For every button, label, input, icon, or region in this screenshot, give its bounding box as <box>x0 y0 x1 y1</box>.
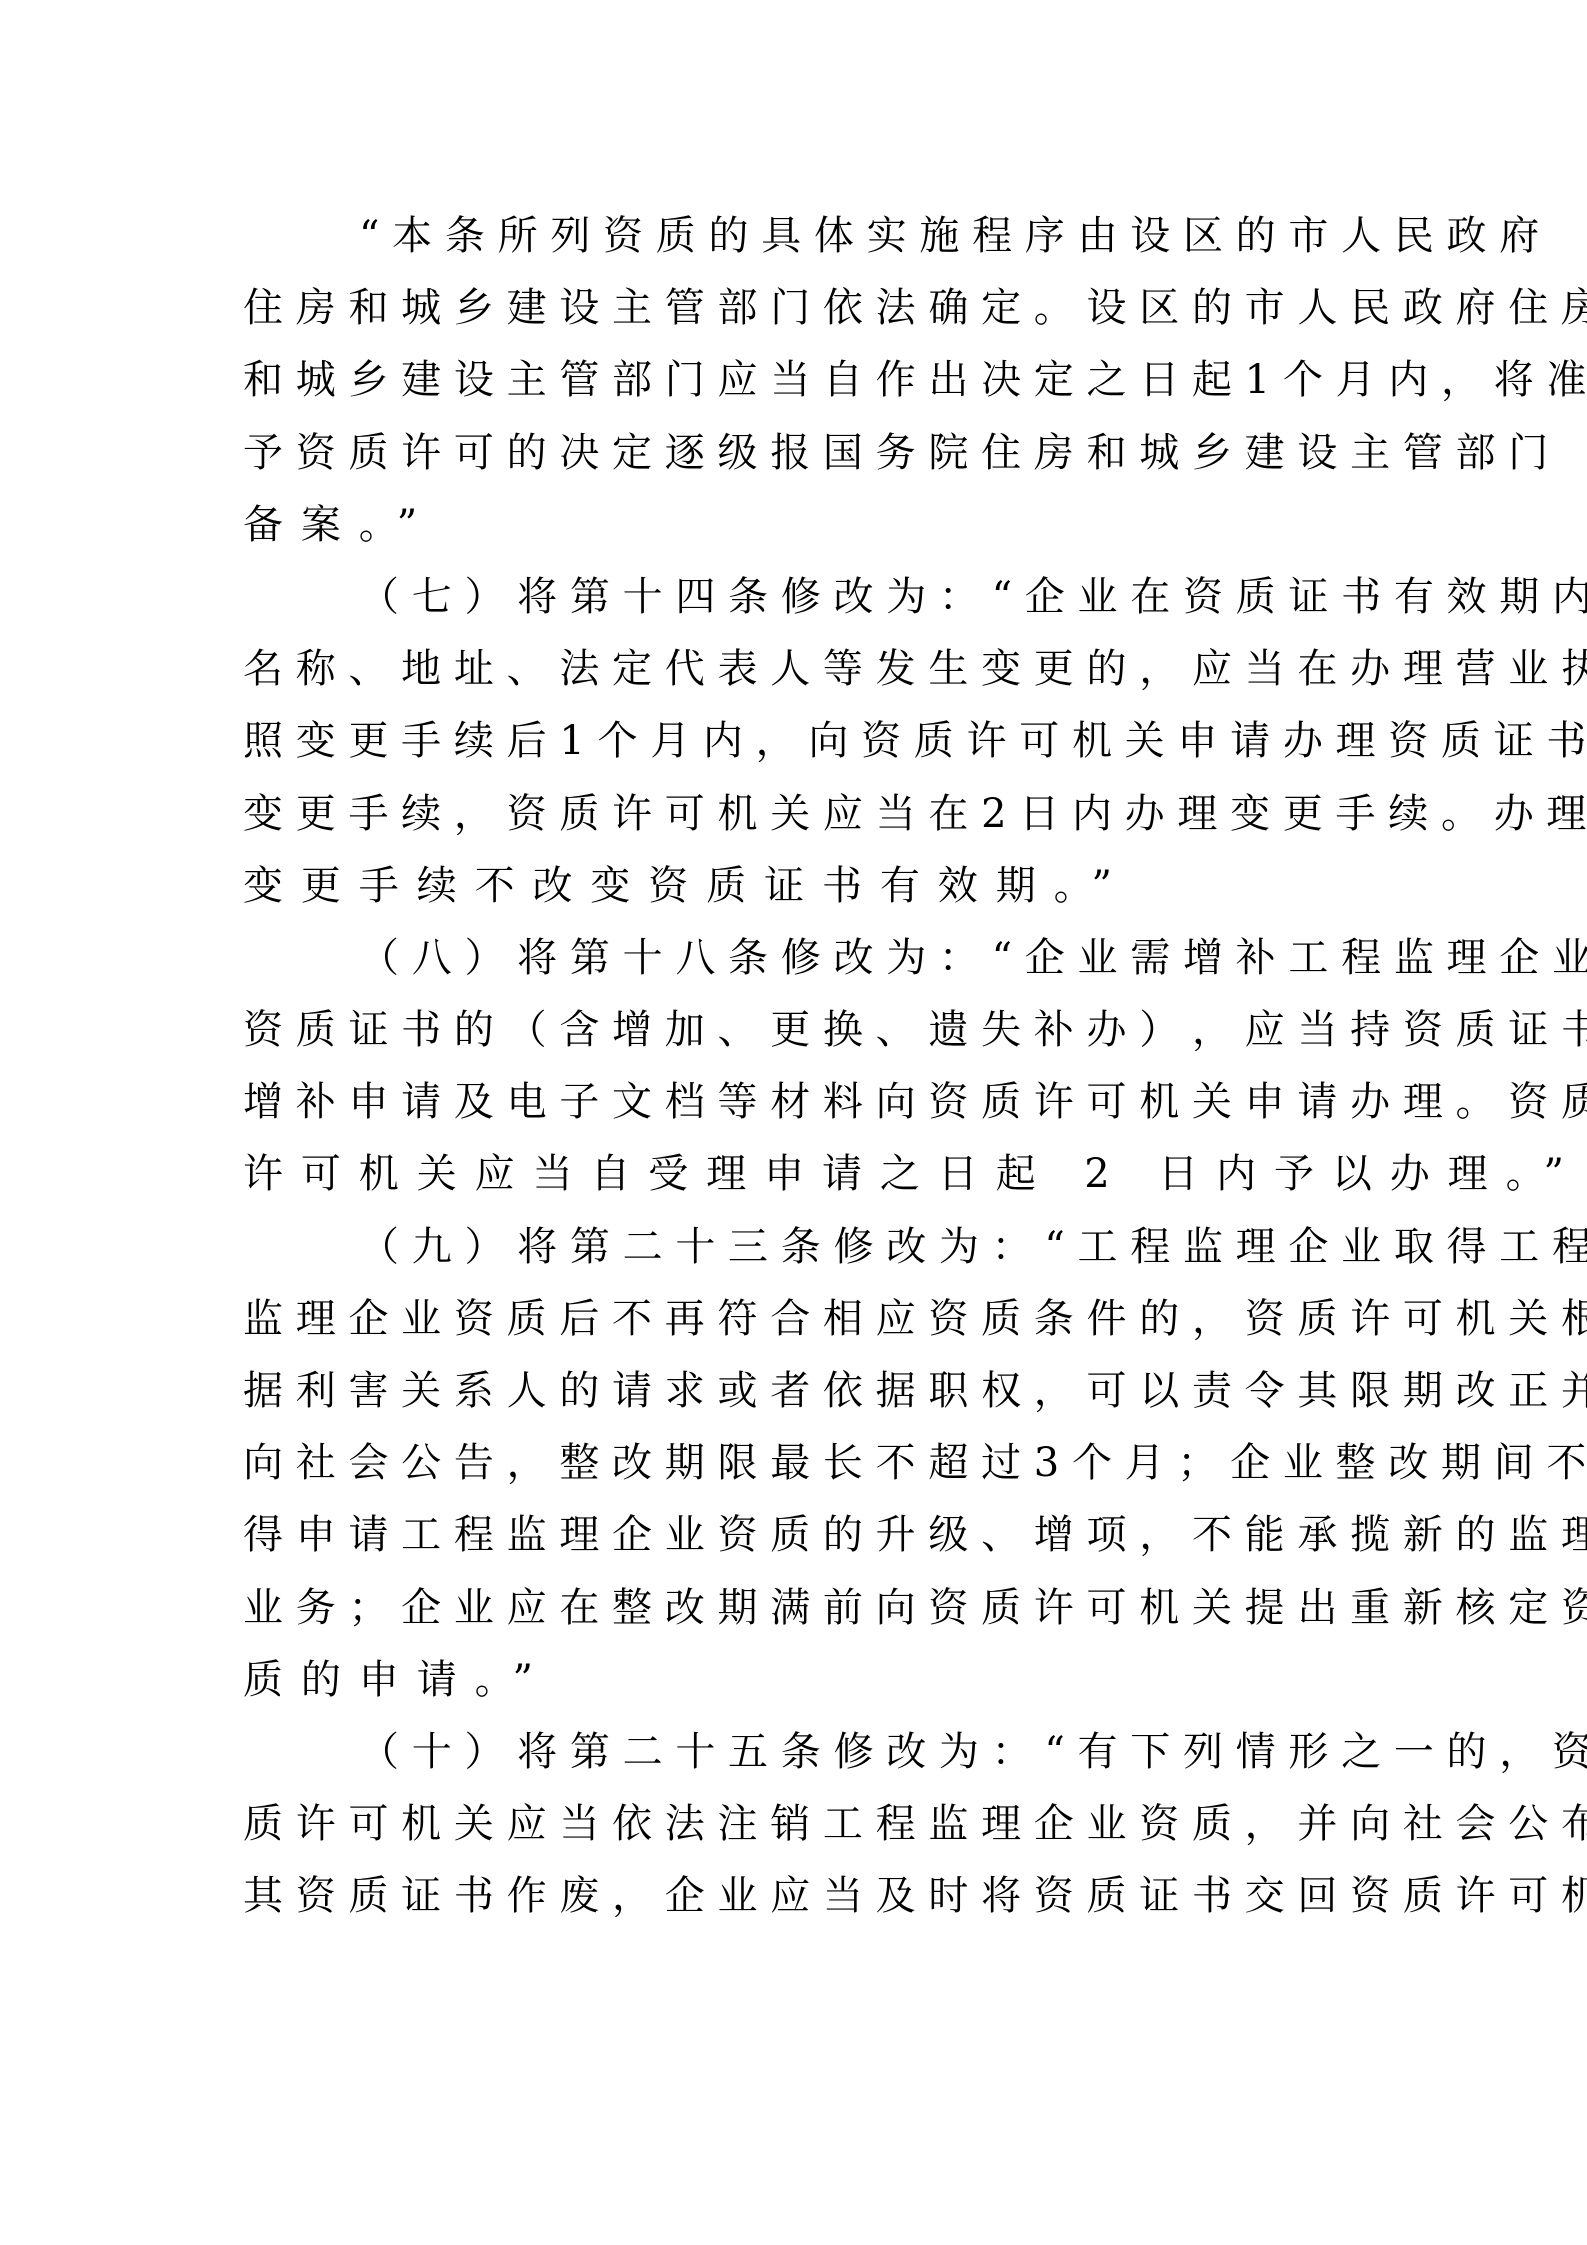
text-line: 变 更 手 续 ， 资 质 许 可 机 关 应 当 在 2 日 内 办 理 变 … <box>243 778 1347 850</box>
text-line: “ 本 条 所 列 资 质 的 具 体 实 施 程 序 由 设 区 的 市 人 … <box>243 200 1347 272</box>
text-line: 据 利 害 关 系 人 的 请 求 或 者 依 据 职 权 ， 可 以 责 令 … <box>243 1355 1347 1427</box>
text-line: 照 变 更 手 续 后 1 个 月 内 ， 向 资 质 许 可 机 关 申 请 … <box>243 705 1347 777</box>
paragraph-amendment-10: （ 十 ） 将 第 二 十 五 条 修 改 为 ： “ 有 下 列 情 形 之 … <box>243 1716 1347 1933</box>
text-line: （ 九 ） 将 第 二 十 三 条 修 改 为 ： “ 工 程 监 理 企 业 … <box>243 1211 1347 1283</box>
text-line: 质 许 可 机 关 应 当 依 法 注 销 工 程 监 理 企 业 资 质 ， … <box>243 1788 1347 1860</box>
text-line: 备案。” <box>243 489 1347 561</box>
document-page: “ 本 条 所 列 资 质 的 具 体 实 施 程 序 由 设 区 的 市 人 … <box>0 0 1587 2245</box>
paragraph-amendment-7: （ 七 ） 将 第 十 四 条 修 改 为 ： “ 企 业 在 资 质 证 书 … <box>243 561 1347 922</box>
text-line: 质的申请。” <box>243 1644 1347 1716</box>
text-line: 名 称 、 地 址 、 法 定 代 表 人 等 发 生 变 更 的 ， 应 当 … <box>243 633 1347 705</box>
text-line: （ 七 ） 将 第 十 四 条 修 改 为 ： “ 企 业 在 资 质 证 书 … <box>243 561 1347 633</box>
text-line: 其 资 质 证 书 作 废 ， 企 业 应 当 及 时 将 资 质 证 书 交 … <box>243 1860 1347 1932</box>
text-line: 许可机关应当自受理申请之日起 2 日内予以办理。” <box>243 1138 1347 1210</box>
paragraph-amendment-9: （ 九 ） 将 第 二 十 三 条 修 改 为 ： “ 工 程 监 理 企 业 … <box>243 1211 1347 1716</box>
text-line: 业 务 ； 企 业 应 在 整 改 期 满 前 向 资 质 许 可 机 关 提 … <box>243 1572 1347 1644</box>
paragraph-quote-article-requirement: “ 本 条 所 列 资 质 的 具 体 实 施 程 序 由 设 区 的 市 人 … <box>243 200 1347 561</box>
document-body: “ 本 条 所 列 资 质 的 具 体 实 施 程 序 由 设 区 的 市 人 … <box>243 200 1347 1933</box>
text-line: （ 十 ） 将 第 二 十 五 条 修 改 为 ： “ 有 下 列 情 形 之 … <box>243 1716 1347 1788</box>
text-line: 资 质 证 书 的 （ 含 增 加 、 更 换 、 遗 失 补 办 ） ， 应 … <box>243 994 1347 1066</box>
paragraph-amendment-8: （ 八 ） 将 第 十 八 条 修 改 为 ： “ 企 业 需 增 补 工 程 … <box>243 922 1347 1211</box>
text-line: 予 资 质 许 可 的 决 定 逐 级 报 国 务 院 住 房 和 城 乡 建 … <box>243 417 1347 489</box>
text-line: 增 补 申 请 及 电 子 文 档 等 材 料 向 资 质 许 可 机 关 申 … <box>243 1066 1347 1138</box>
text-line: 住 房 和 城 乡 建 设 主 管 部 门 依 法 确 定 。 设 区 的 市 … <box>243 272 1347 344</box>
text-line: （ 八 ） 将 第 十 八 条 修 改 为 ： “ 企 业 需 增 补 工 程 … <box>243 922 1347 994</box>
text-line: 监 理 企 业 资 质 后 不 再 符 合 相 应 资 质 条 件 的 ， 资 … <box>243 1283 1347 1355</box>
text-line: 向 社 会 公 告 ， 整 改 期 限 最 长 不 超 过 3 个 月 ； 企 … <box>243 1427 1347 1499</box>
text-line: 得 申 请 工 程 监 理 企 业 资 质 的 升 级 、 增 项 ， 不 能 … <box>243 1499 1347 1571</box>
text-line: 变更手续不改变资质证书有效期。” <box>243 850 1347 922</box>
text-line: 和 城 乡 建 设 主 管 部 门 应 当 自 作 出 决 定 之 日 起 1 … <box>243 344 1347 416</box>
